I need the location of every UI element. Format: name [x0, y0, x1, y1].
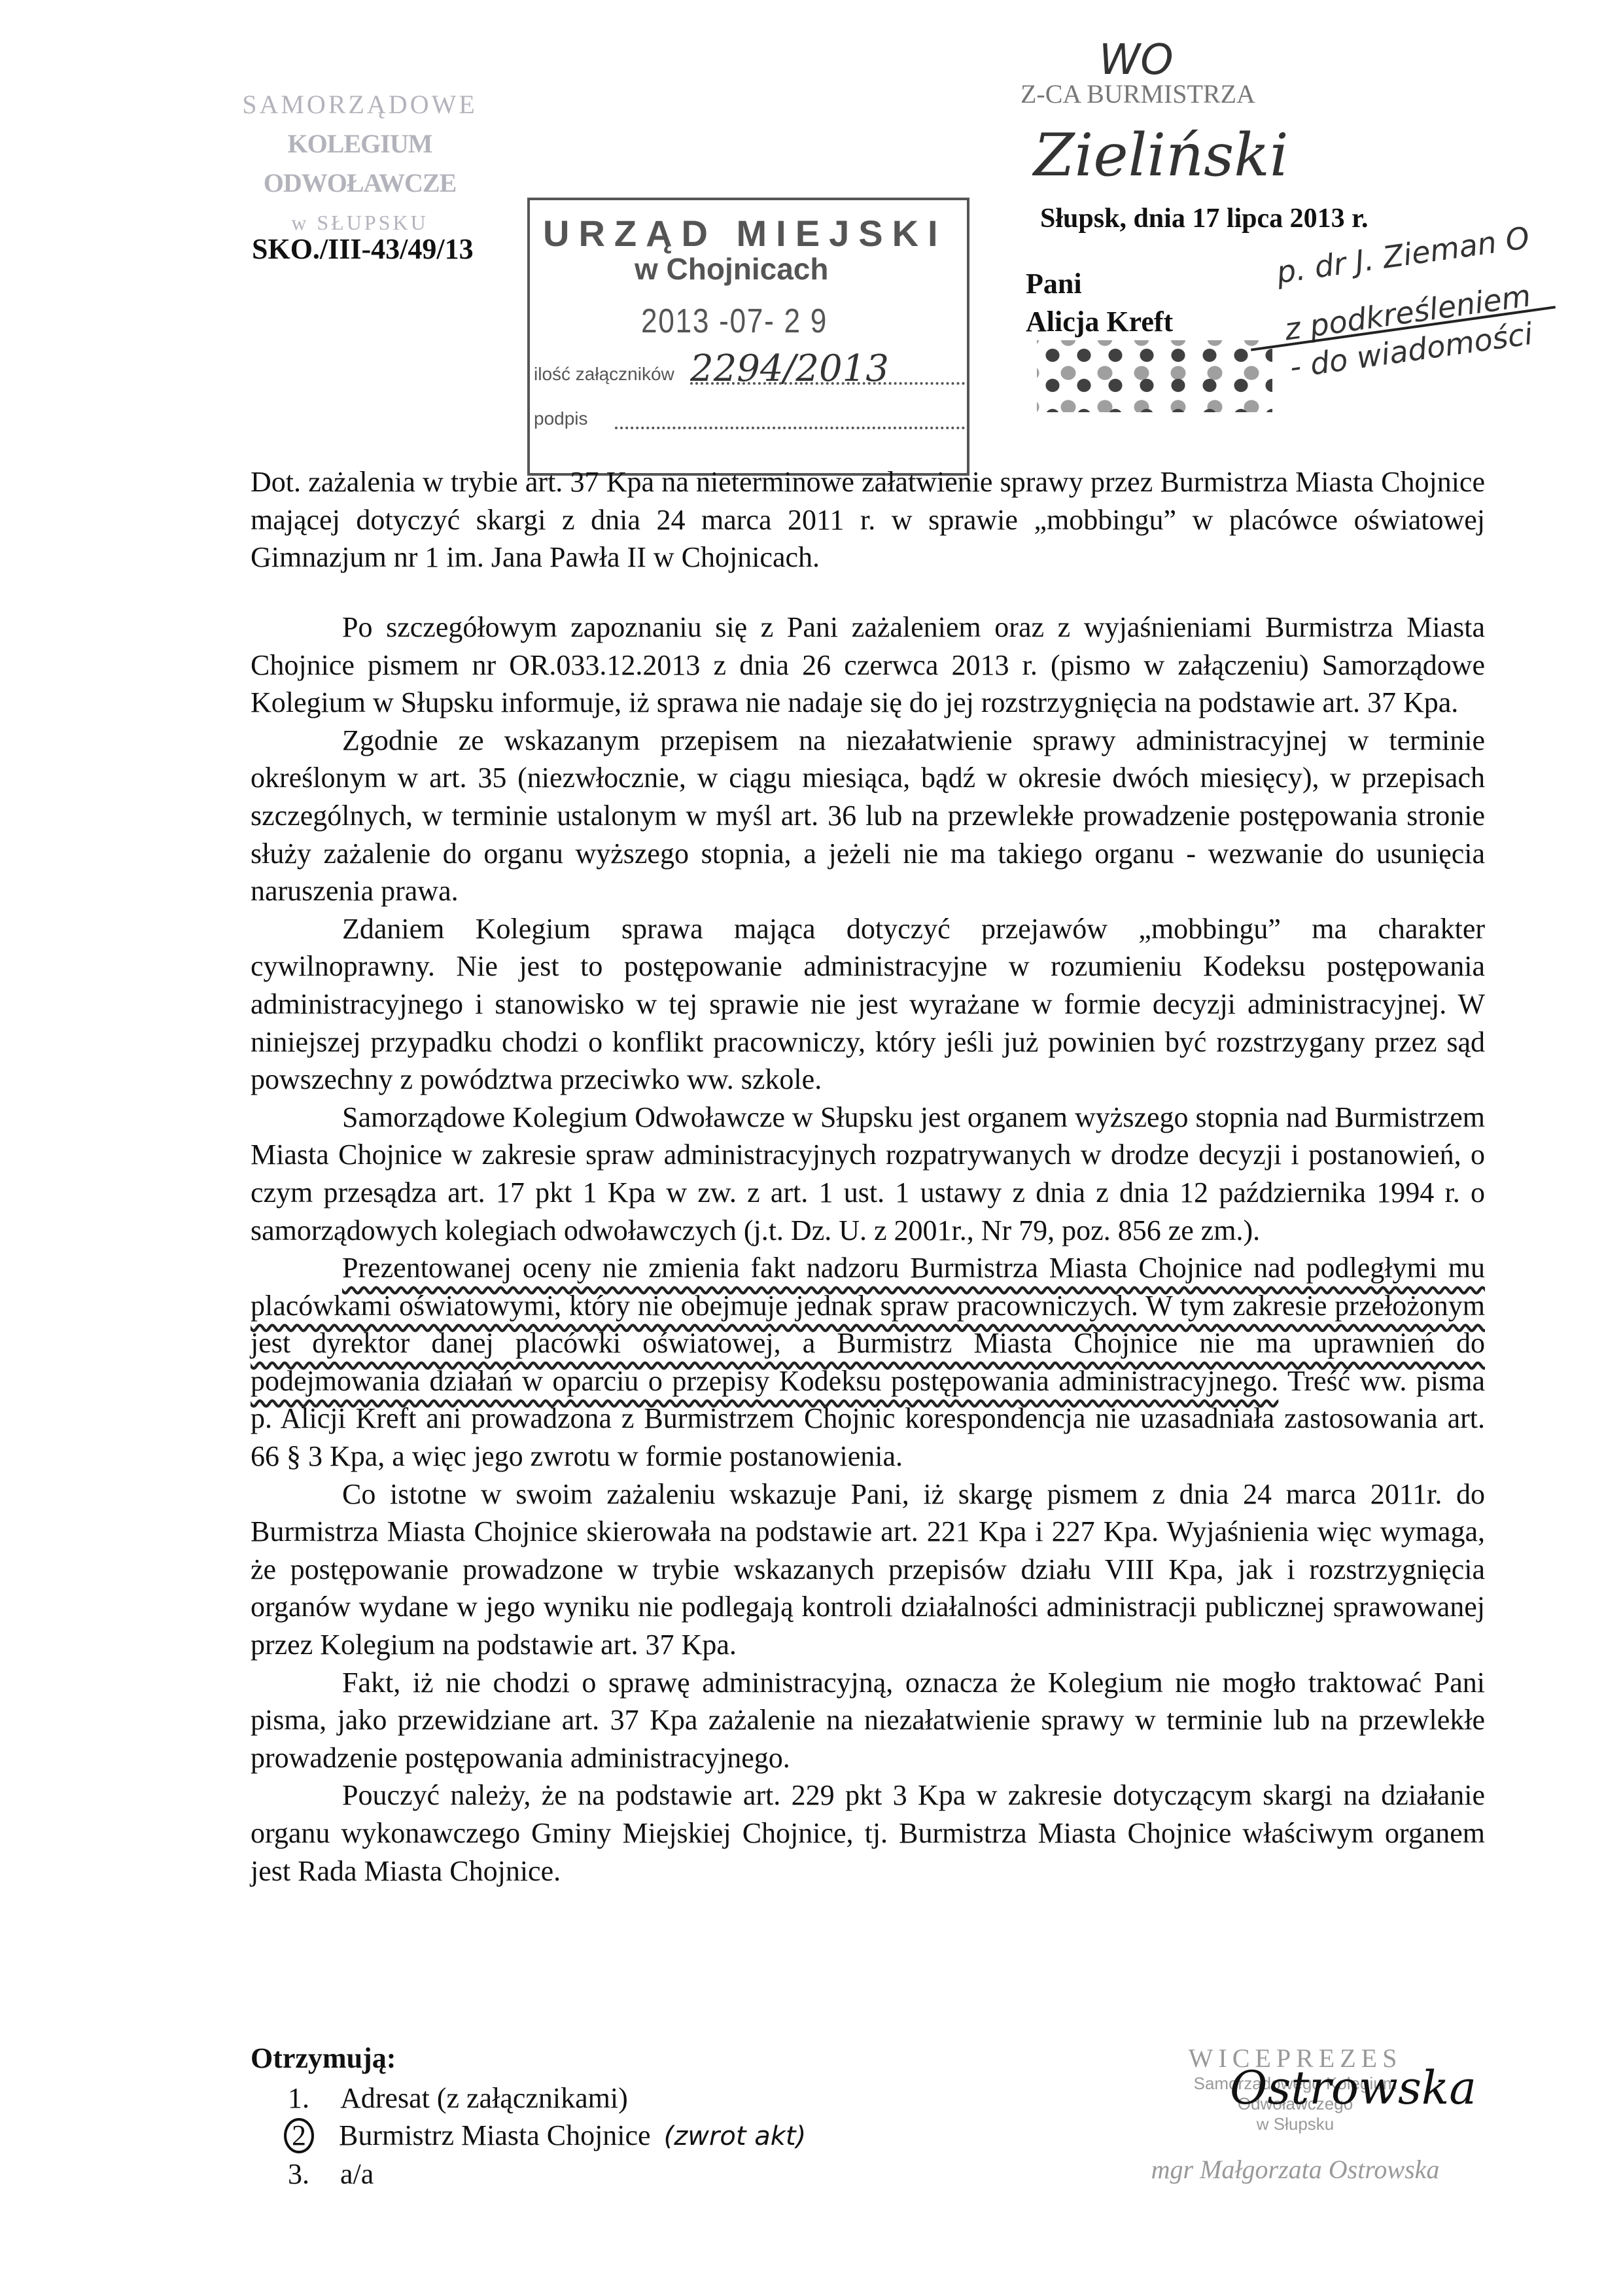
- paragraph: Zdaniem Kolegium sprawa mająca dotyczyć …: [251, 910, 1485, 1099]
- item-number: 1.: [288, 2079, 340, 2117]
- paragraph: Co istotne w swoim zażaleniu wskazuje Pa…: [251, 1475, 1485, 1664]
- paragraph: Pouczyć należy, że na podstawie art. 229…: [251, 1776, 1485, 1890]
- distribution-item: 1.Adresat (z załącznikami): [288, 2079, 806, 2117]
- recipient-name: Alicja Kreft: [1026, 303, 1173, 341]
- deputy-mayor-signature: Zieliński: [1034, 121, 1289, 190]
- distribution-item: 2Burmistrz Miasta Chojnice(zwrot akt): [288, 2117, 806, 2155]
- paragraph-underlined: Prezentowanej oceny nie zmienia fakt nad…: [251, 1249, 1485, 1475]
- receipt-stamp-office: URZĄD MIEJSKI: [543, 212, 947, 255]
- handwritten-note: p. dr J. Zieman O z podkreśleniem - do w…: [1274, 219, 1545, 386]
- subject-text: Dot. zażalenia w trybie art. 37 Kpa na n…: [251, 463, 1485, 576]
- circled-number: 2: [284, 2118, 314, 2153]
- paragraph: Zgodnie ze wskazanym przepisem na niezał…: [251, 722, 1485, 910]
- signatory-name: mgr Małgorzata Ostrowska: [1138, 2154, 1452, 2185]
- recipient-salutation: Pani: [1026, 265, 1173, 303]
- sender-stamp-line2: KOLEGIUM ODWOŁAWCZE: [216, 124, 504, 203]
- receipt-stamp-signature-label: podpis: [534, 408, 588, 429]
- deputy-mayor-title: Z-CA BURMISTRZA: [1021, 79, 1255, 109]
- recipient-block: Pani Alicja Kreft: [1026, 265, 1173, 341]
- item-number: 3.: [288, 2155, 340, 2193]
- receipt-stamp: URZĄD MIEJSKI w Chojnicach 2013 -07- 2 9…: [527, 198, 969, 476]
- place-date: Słupsk, dnia 17 lipca 2013 r.: [1040, 203, 1368, 234]
- subject: Dot. zażalenia w trybie art. 37 Kpa na n…: [251, 463, 1485, 576]
- paragraph: Po szczegółowym zapoznaniu się z Pani za…: [251, 609, 1485, 722]
- receipt-stamp-attachments-label: ilość załączników: [534, 364, 674, 385]
- handwritten-wo: WO: [1099, 36, 1174, 84]
- sender-stamp: SAMORZĄDOWE KOLEGIUM ODWOŁAWCZE w SŁUPSK…: [216, 85, 504, 242]
- reference-number: SKO./III-43/49/13: [252, 232, 474, 266]
- receipt-stamp-date: 2013 -07- 2 9: [641, 302, 828, 341]
- paragraph: Samorządowe Kolegium Odwoławcze w Słupsk…: [251, 1099, 1485, 1249]
- sender-stamp-line1: SAMORZĄDOWE: [216, 85, 504, 124]
- paragraph: Fakt, iż nie chodzi o sprawę administrac…: [251, 1664, 1485, 1777]
- dotted-line: [615, 427, 965, 429]
- item-text: a/a: [340, 2158, 374, 2190]
- redacted-address: [1037, 340, 1272, 412]
- distribution-list: 1.Adresat (z załącznikami) 2Burmistrz Mi…: [288, 2079, 806, 2193]
- distribution-heading: Otrzymują:: [251, 2041, 396, 2075]
- item-text: Adresat (z załącznikami): [340, 2082, 628, 2114]
- distribution-item: 3.a/a: [288, 2155, 806, 2193]
- dotted-line: [690, 382, 965, 385]
- item-text: Burmistrz Miasta Chojnice: [339, 2119, 651, 2151]
- signatory-city: w Słupsku: [1138, 2114, 1452, 2134]
- signatory-signature: Ostrowska: [1230, 2061, 1476, 2115]
- handwritten-item-note: (zwrot akt): [664, 2121, 807, 2151]
- letter-body: Po szczegółowym zapoznaniu się z Pani za…: [251, 609, 1485, 1890]
- receipt-stamp-city: w Chojnicach: [635, 251, 828, 287]
